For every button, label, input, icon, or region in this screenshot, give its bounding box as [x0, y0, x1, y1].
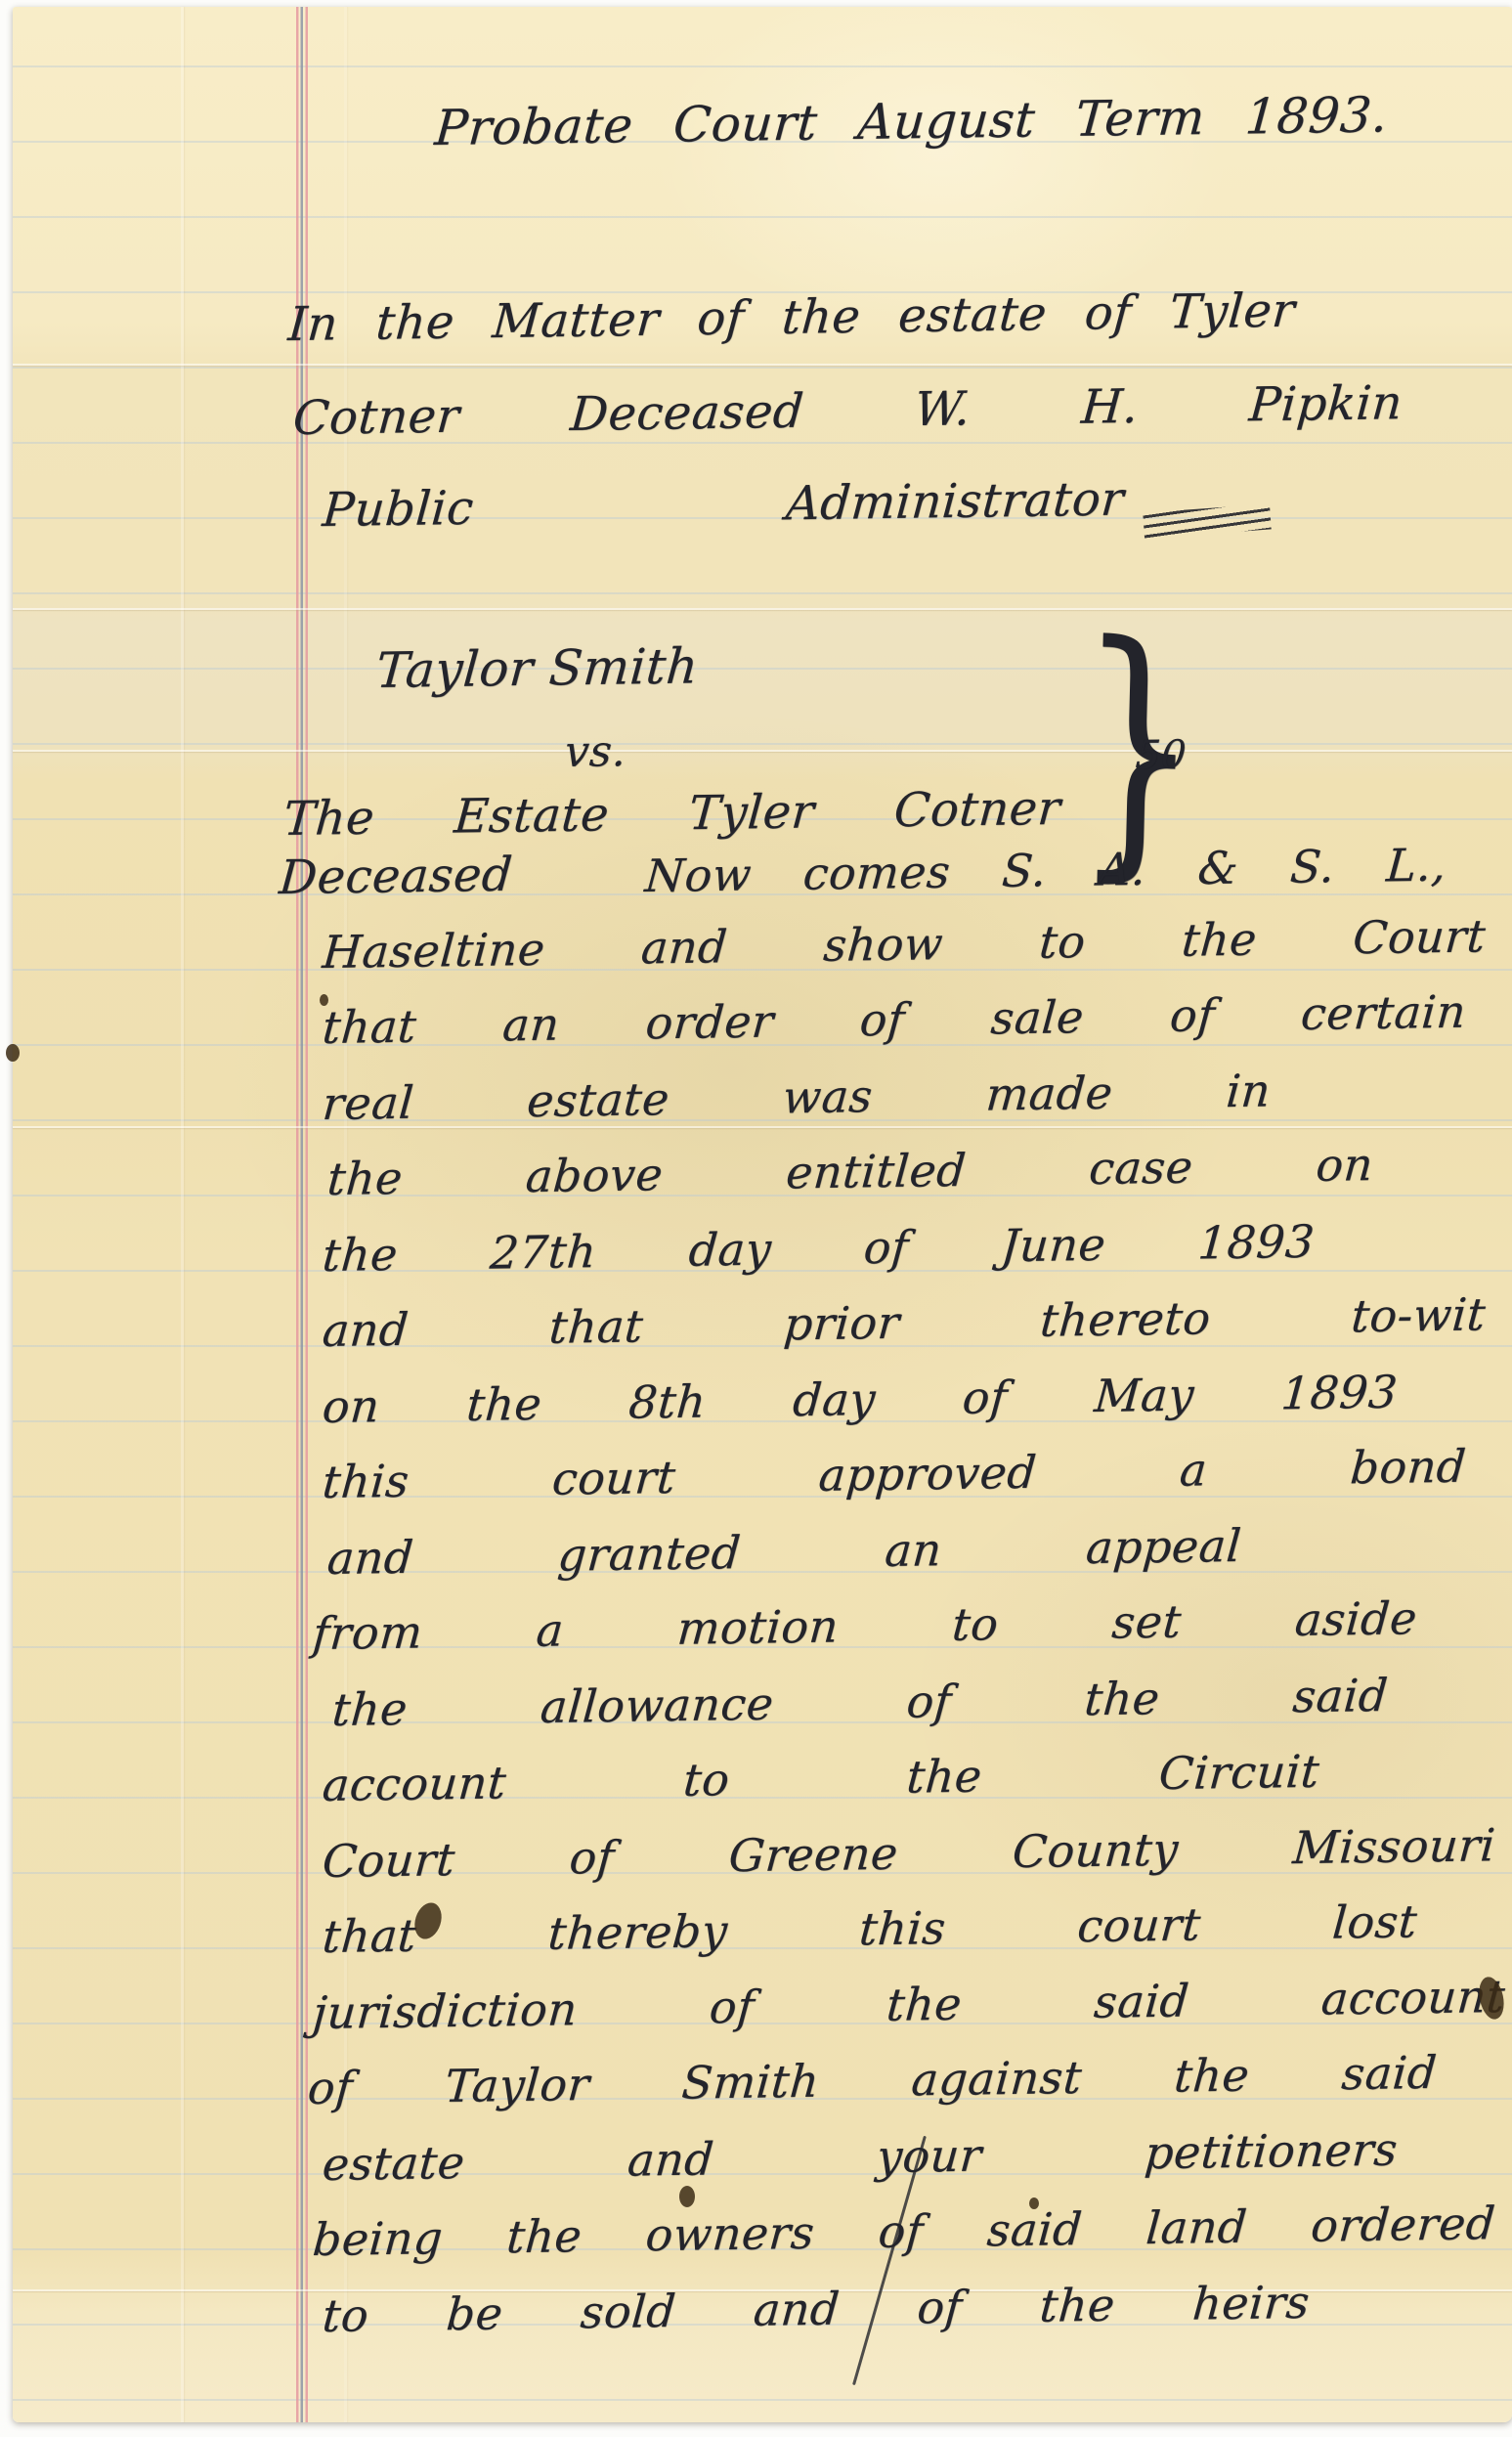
matter-line-3: Public Administrator	[321, 470, 1126, 541]
versus-label: vs.	[563, 724, 628, 779]
fold-crease	[13, 608, 1512, 610]
brace-annotation: 50	[1134, 730, 1188, 780]
fold-crease	[13, 1126, 1512, 1128]
fold-crease	[13, 364, 1512, 366]
red-margin-line	[296, 7, 309, 2422]
ink-blot	[6, 1044, 20, 1062]
fold-crease	[13, 750, 1512, 752]
ink-blot	[320, 994, 328, 1006]
ink-blot	[1029, 2198, 1039, 2209]
plaintiff-name: Taylor Smith	[374, 635, 701, 701]
document-scan: Probate Court August Term 1893. In the M…	[0, 0, 1512, 2437]
handwritten-line: Now comes S. A. & S. L.,	[643, 838, 1448, 905]
ink-blot	[679, 2186, 695, 2207]
vertical-crease	[181, 7, 184, 2422]
